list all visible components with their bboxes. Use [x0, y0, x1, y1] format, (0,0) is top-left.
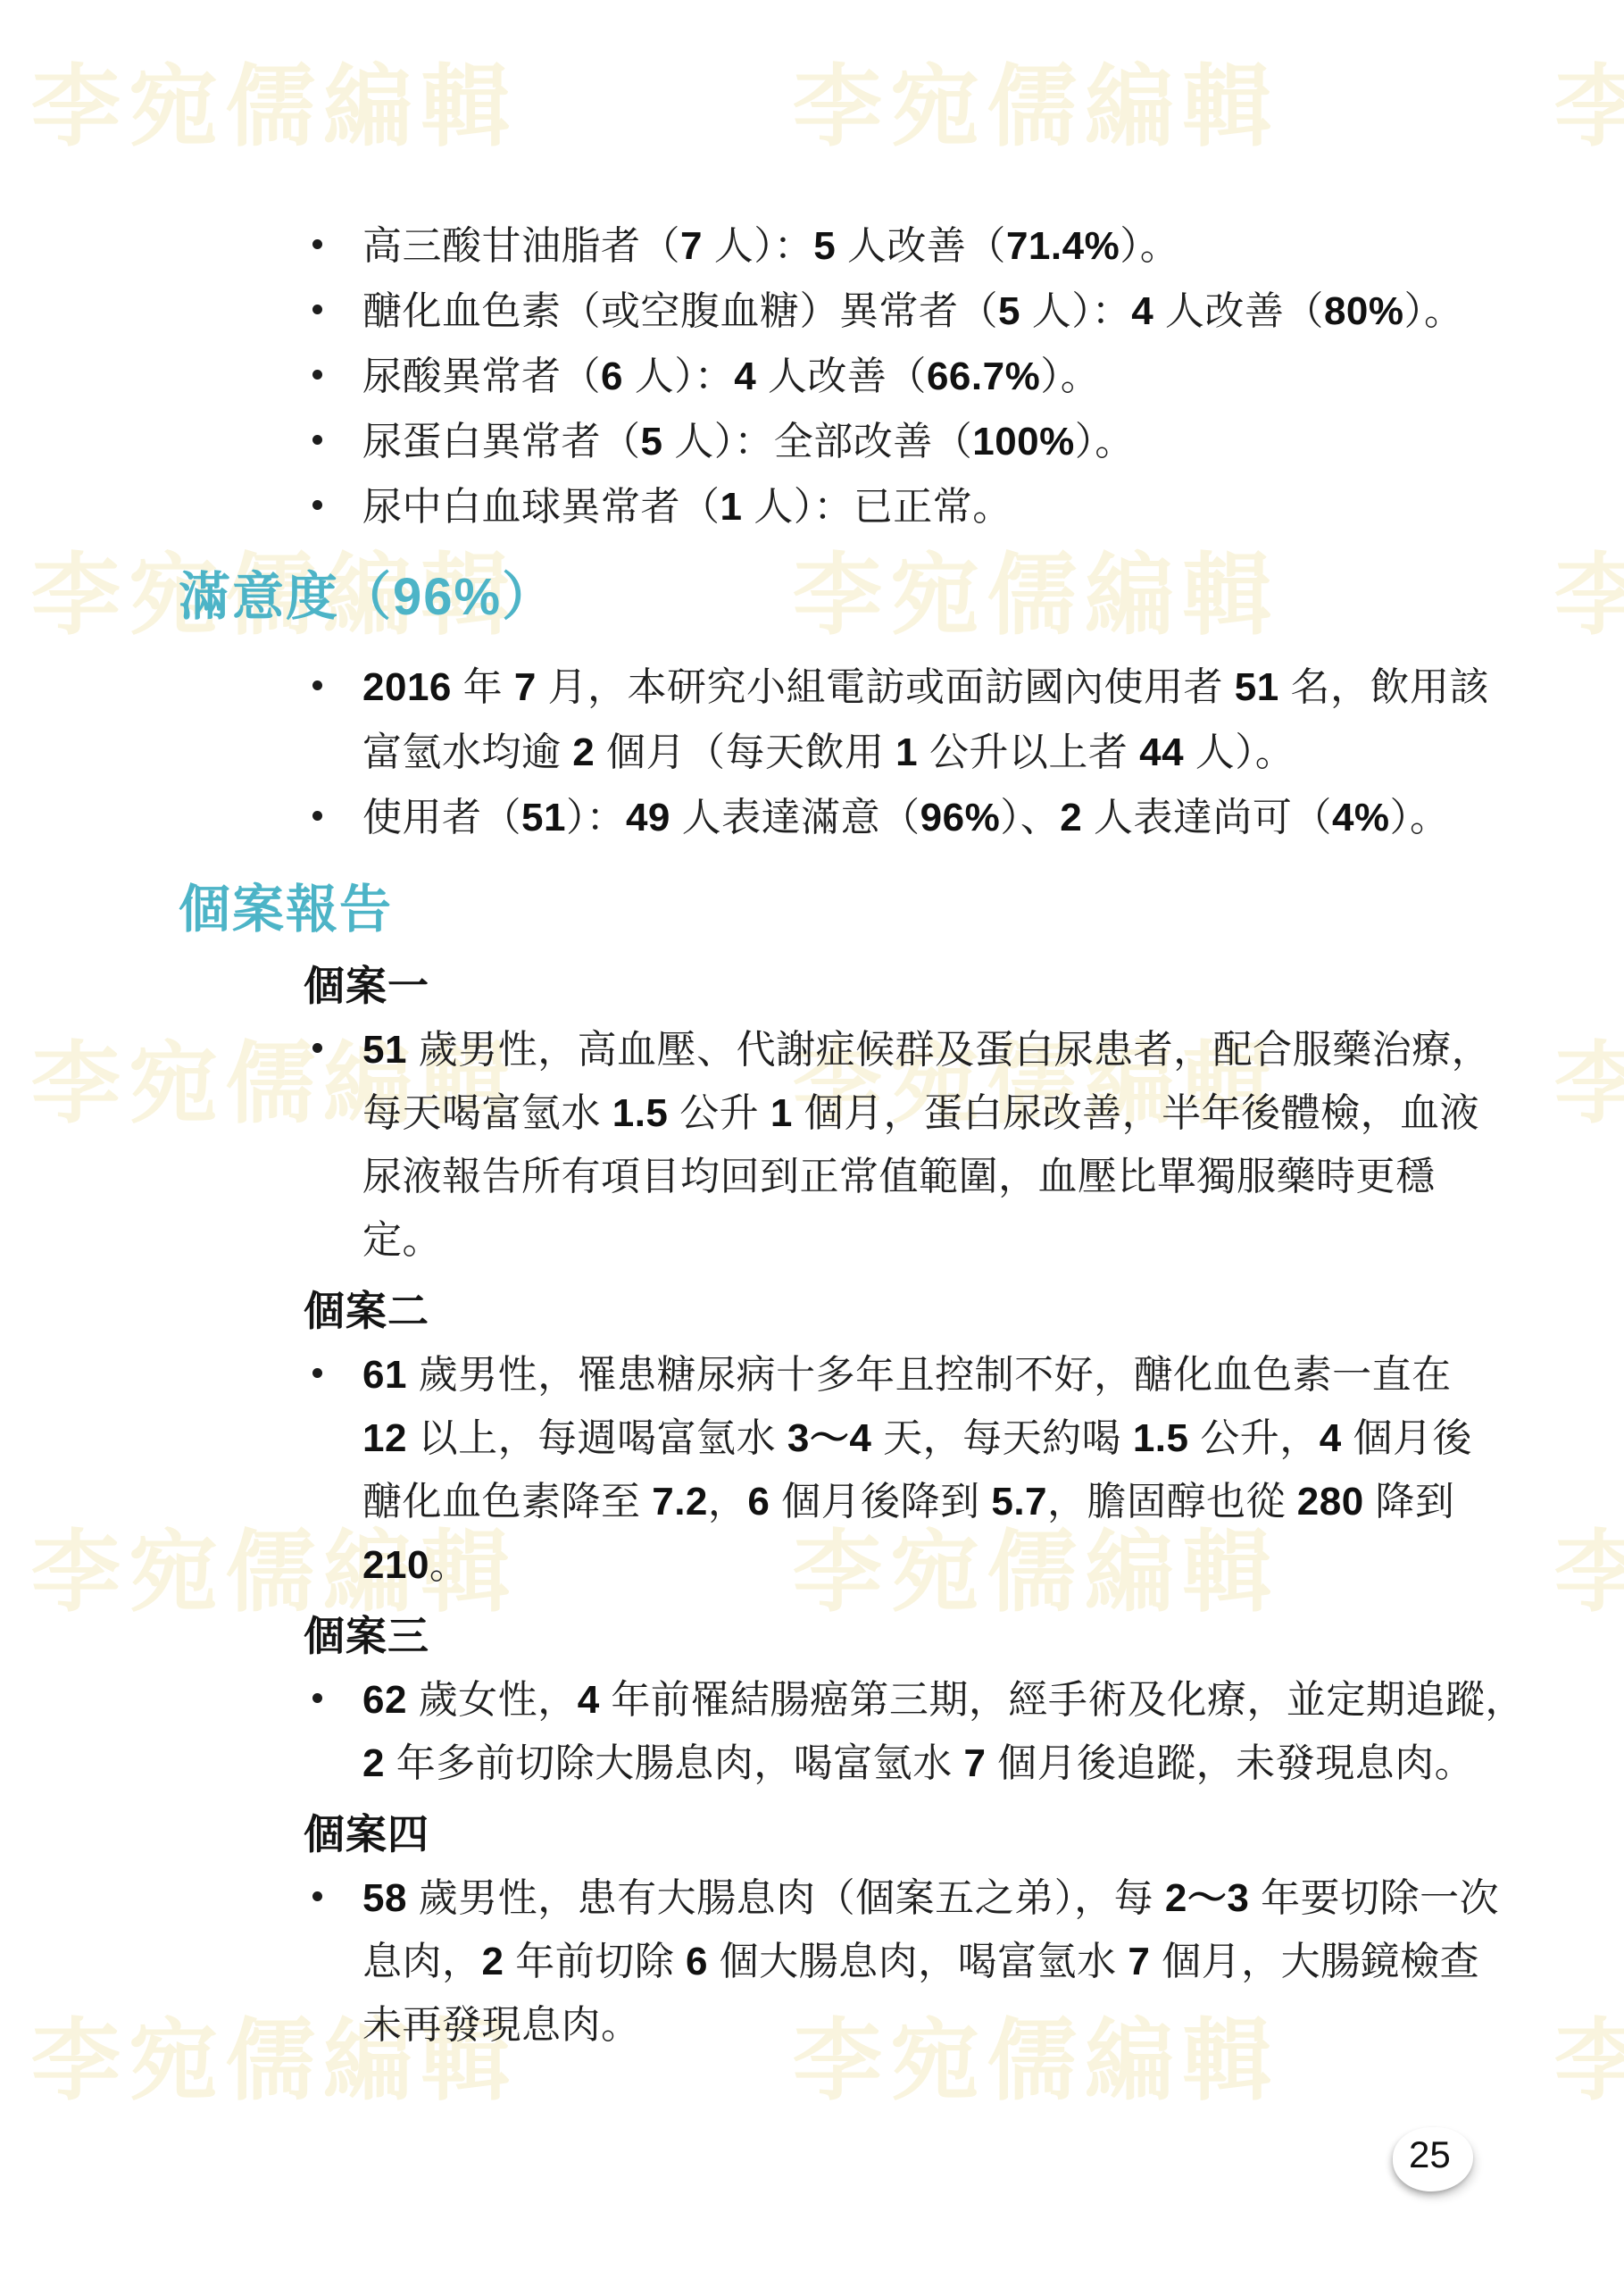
text-row: 62 歲女性，4 年前罹結腸癌第三期，經手術及化療，並定期追蹤， — [0, 1679, 1624, 1724]
bullet-dot-icon — [312, 680, 322, 690]
text-row: 210。 — [0, 1544, 1624, 1589]
page-number: 25 — [1409, 2136, 1451, 2174]
result-item: 尿酸異常者（6 人）：4 人改善（66.7%）。 — [362, 355, 1100, 398]
bullet-dot-icon — [312, 1043, 322, 1053]
bullet-dot-icon — [312, 811, 322, 821]
result-item: 尿蛋白異常者（5 人）：全部改善（100%）。 — [362, 421, 1135, 463]
case-line: 每天喝富氫水 1.5 公升 1 個月，蛋白尿改善，半年後體檢，血液 — [362, 1092, 1479, 1135]
case-line: 62 歲女性，4 年前罹結腸癌第三期，經手術及化療，並定期追蹤， — [362, 1679, 1525, 1722]
bullet-dot-icon — [312, 1368, 322, 1378]
text-row: 富氫水均逾 2 個月（每天飲用 1 公升以上者 44 人）。 — [0, 731, 1624, 776]
bullet-dot-icon — [312, 435, 322, 445]
document-page: 高三酸甘油脂者（7 人）：5 人改善（71.4%）。醣化血色素（或空腹血糖）異常… — [0, 0, 1624, 2279]
case-title: 個案四 — [304, 1814, 429, 1855]
case-line: 12 以上，每週喝富氫水 3～4 天，每天約喝 1.5 公升，4 個月後 — [362, 1417, 1472, 1460]
text-row: 尿液報告所有項目均回到正常值範圍，血壓比單獨服藥時更穩 — [0, 1156, 1624, 1200]
result-item: 尿中白血球異常者（1 人）：已正常。 — [362, 486, 1012, 529]
text-row: 使用者（51）：49 人表達滿意（96%）、2 人表達尚可（4%）。 — [0, 797, 1624, 841]
case-line: 息肉，2 年前切除 6 個大腸息肉，喝富氫水 7 個月，大腸鏡檢查 — [362, 1941, 1479, 1983]
result-item: 高三酸甘油脂者（7 人）：5 人改善（71.4%）。 — [362, 225, 1179, 268]
satisfaction-line: 使用者（51）：49 人表達滿意（96%）、2 人表達尚可（4%）。 — [362, 797, 1450, 839]
case-title: 個案一 — [304, 965, 429, 1006]
page-number-badge: 25 — [1393, 2127, 1473, 2191]
text-row: 息肉，2 年前切除 6 個大腸息肉，喝富氫水 7 個月，大腸鏡檢查 — [0, 1941, 1624, 1985]
case-title: 個案三 — [304, 1615, 429, 1657]
text-row: 58 歲男性，患有大腸息肉（個案五之弟），每 2～3 年要切除一次 — [0, 1877, 1624, 1922]
case-reports-heading: 個案報告 — [179, 884, 393, 936]
text-row: 尿中白血球異常者（1 人）：已正常。 — [0, 486, 1624, 530]
text-row: 每天喝富氫水 1.5 公升 1 個月，蛋白尿改善，半年後體檢，血液 — [0, 1092, 1624, 1137]
case-line: 2 年多前切除大腸息肉，喝富氫水 7 個月後追蹤，未發現息肉。 — [362, 1742, 1474, 1785]
text-row: 尿酸異常者（6 人）：4 人改善（66.7%）。 — [0, 355, 1624, 400]
text-row: 醣化血色素（或空腹血糖）異常者（5 人）：4 人改善（80%）。 — [0, 290, 1624, 335]
bullet-dot-icon — [312, 370, 322, 380]
text-row: 定。 — [0, 1219, 1624, 1264]
text-row: 高三酸甘油脂者（7 人）：5 人改善（71.4%）。 — [0, 225, 1624, 270]
bullet-dot-icon — [312, 305, 322, 314]
case-line: 51 歲男性，高血壓、代謝症候群及蛋白尿患者，配合服藥治療， — [362, 1029, 1491, 1072]
case-line: 定。 — [362, 1219, 442, 1262]
satisfaction-line: 富氫水均逾 2 個月（每天飲用 1 公升以上者 44 人）。 — [362, 731, 1295, 774]
case-line: 醣化血色素降至 7.2，6 個月後降到 5.7，膽固醇也從 280 降到 — [362, 1481, 1454, 1524]
text-row: 12 以上，每週喝富氫水 3～4 天，每天約喝 1.5 公升，4 個月後 — [0, 1417, 1624, 1462]
satisfaction-line: 2016 年 7 月，本研究小組電訪或面訪國內使用者 51 名，飲用該 — [362, 666, 1489, 709]
result-item: 醣化血色素（或空腹血糖）異常者（5 人）：4 人改善（80%）。 — [362, 290, 1464, 333]
case-line: 58 歲男性，患有大腸息肉（個案五之弟），每 2～3 年要切除一次 — [362, 1877, 1499, 1920]
case-line: 未再發現息肉。 — [362, 2004, 641, 2047]
satisfaction-heading: 滿意度（96%） — [179, 572, 555, 623]
text-row: 未再發現息肉。 — [0, 2004, 1624, 2049]
text-row: 61 歲男性，罹患糖尿病十多年且控制不好，醣化血色素一直在 — [0, 1354, 1624, 1398]
text-row: 尿蛋白異常者（5 人）：全部改善（100%）。 — [0, 421, 1624, 465]
case-line: 61 歲男性，罹患糖尿病十多年且控制不好，醣化血色素一直在 — [362, 1354, 1452, 1397]
text-row: 51 歲男性，高血壓、代謝症候群及蛋白尿患者，配合服藥治療， — [0, 1029, 1624, 1073]
text-row: 2016 年 7 月，本研究小組電訪或面訪國內使用者 51 名，飲用該 — [0, 666, 1624, 711]
text-row: 2 年多前切除大腸息肉，喝富氫水 7 個月後追蹤，未發現息肉。 — [0, 1742, 1624, 1787]
bullet-dot-icon — [312, 500, 322, 510]
case-title: 個案二 — [304, 1290, 429, 1332]
bullet-dot-icon — [312, 239, 322, 249]
bullet-dot-icon — [312, 1693, 322, 1703]
case-line: 210。 — [362, 1544, 469, 1587]
case-line: 尿液報告所有項目均回到正常值範圍，血壓比單獨服藥時更穩 — [362, 1156, 1436, 1198]
bullet-dot-icon — [312, 1891, 322, 1901]
text-row: 醣化血色素降至 7.2，6 個月後降到 5.7，膽固醇也從 280 降到 — [0, 1481, 1624, 1525]
